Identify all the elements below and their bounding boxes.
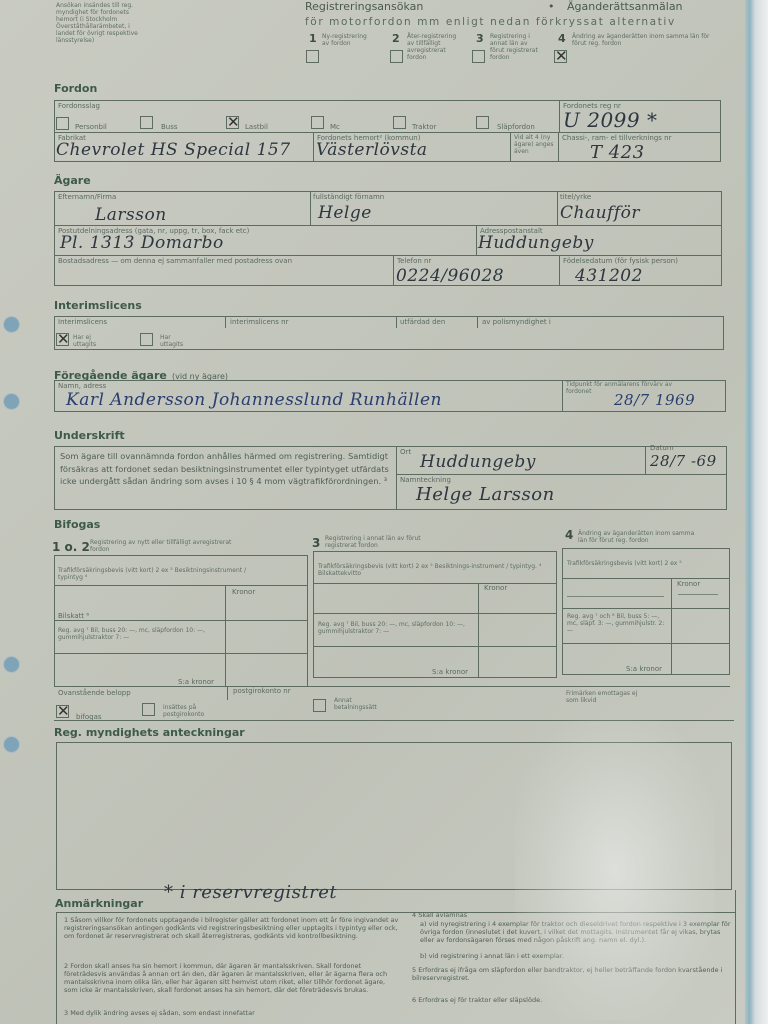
- telefon-field[interactable]: 0224/96028: [396, 266, 504, 286]
- fabrikat-field[interactable]: Chevrolet HS Special 157: [56, 140, 291, 160]
- interimslicens-nr-label: interimslicens nr: [230, 318, 288, 326]
- section-title-bifogas: Bifogas: [54, 518, 100, 531]
- chassi-field[interactable]: T 423: [590, 142, 645, 163]
- fodelsedatum-field[interactable]: 431202: [575, 266, 643, 286]
- fodelsedatum-label: Födelsedatum (för fysisk person): [563, 257, 678, 265]
- ort-field[interactable]: Huddungeby: [420, 452, 536, 472]
- reg-anteckningar-box: [56, 742, 732, 890]
- efternamn-label: Efternamn/Firma: [58, 193, 116, 201]
- title-separator: •: [548, 0, 555, 13]
- section-title-underskrift: Underskrift: [54, 429, 125, 442]
- col4-summa-label: S:a kronor: [626, 665, 662, 673]
- efternamn-field[interactable]: Larsson: [95, 205, 167, 225]
- binder-hole: [3, 316, 20, 333]
- postgirokonto-label: postgirokonto nr: [233, 687, 291, 695]
- tidpunkt-field[interactable]: 28/7 1969: [614, 391, 695, 409]
- reg-nr-field[interactable]: U 2099 *: [563, 108, 657, 132]
- section-title-anmarkningar: Anmärkningar: [55, 897, 143, 910]
- namn-adress-label: Namn, adress: [58, 382, 106, 390]
- col1-bilskatt-label: Bilskatt ⁶: [58, 612, 89, 620]
- col1-kronor-label: Kronor: [232, 588, 255, 596]
- col4-reg-avg-label: Reg. avg ⁷ och ⁸ Bil, buss 5: —, mc, slä…: [567, 613, 671, 634]
- postadress-field[interactable]: Pl. 1313 Domarbo: [60, 233, 224, 253]
- frimarken-note: Frimärken emottagas ej som likvid: [566, 690, 646, 704]
- slapfordon-checkbox[interactable]: [476, 116, 489, 129]
- bifogas-col1-docs: Trafikförsäkringsbevis (vitt kort) 2 ex …: [58, 567, 258, 581]
- vid-alt4-note: Vid alt 4 (ny ägare) anges även: [514, 134, 556, 155]
- bostadsadress-label: Bostadsadress — om denna ej sammanfaller…: [58, 257, 292, 265]
- form-subtitle: för motorfordon mm enligt nedan förkryss…: [305, 16, 676, 28]
- fornamn-label: fullständigt förnamn: [313, 193, 384, 201]
- telefon-label: Telefon nr: [397, 257, 431, 265]
- col3-reg-avg-label: Reg. avg ⁷ Bil, buss 20: —, mc, släpford…: [318, 621, 478, 635]
- bifogas-col3-docs: Trafikförsäkringsbevis (vitt kort) 2 ex …: [318, 563, 548, 577]
- binder-hole: [3, 656, 20, 673]
- title-registreringsansokan: Registreringsansökan: [305, 0, 423, 13]
- har-ej-uttagits-checkbox[interactable]: [56, 333, 69, 346]
- col3-summa-label: S:a kronor: [432, 668, 468, 676]
- bifogas-col1-title: Registrering av nytt eller tillfälligt a…: [90, 539, 240, 553]
- section-title-fordon: Fordon: [54, 82, 97, 95]
- declaration-text: Som ägare till ovannämnda fordon anhålle…: [60, 450, 390, 488]
- ovanstaende-belopp-label: Ovanstående belopp: [58, 689, 131, 697]
- utfardad-label: utfärdad den: [400, 318, 445, 326]
- har-uttagits-checkbox[interactable]: [140, 333, 153, 346]
- titel-label: titel/yrke: [560, 193, 591, 201]
- bifogas-col3-number: 3: [312, 536, 320, 550]
- fornamn-field[interactable]: Helge: [318, 203, 372, 223]
- binder-hole: [3, 736, 20, 753]
- mc-checkbox[interactable]: [311, 116, 324, 129]
- titel-field[interactable]: Chaufför: [560, 203, 640, 223]
- col1-reg-avg-kronor-field[interactable]: [228, 622, 304, 650]
- col3-kronor-label: Kronor: [484, 584, 507, 592]
- postanstalt-field[interactable]: Huddungeby: [478, 233, 594, 253]
- title-aganderattsanmalan: Äganderättsanmälan: [567, 0, 683, 13]
- annat-checkbox[interactable]: [313, 699, 326, 712]
- bifogas-checkbox[interactable]: [56, 705, 69, 718]
- datum-label: Datum: [650, 444, 674, 452]
- ort-label: Ort: [400, 448, 411, 456]
- col1-summa-label: S:a kronor: [178, 678, 214, 686]
- submission-instructions: Ansökan insändes till reg. myndighet för…: [56, 2, 138, 44]
- col1-reg-avg-label: Reg. avg ⁷ Bil, buss 20: —, mc, släpford…: [58, 627, 218, 641]
- binder-sleeve-edge: [745, 0, 768, 1024]
- bifogas-col4-docs: Trafikförsäkringsbevis (vitt kort) 2 ex …: [567, 560, 697, 567]
- traktor-checkbox[interactable]: [393, 116, 406, 129]
- bifogas-col3-title: Registrering i annat län av förut regist…: [325, 535, 445, 549]
- chassi-label: Chassi-, ram- el tillverknings nr: [562, 134, 671, 142]
- lastbil-checkbox[interactable]: [226, 116, 239, 129]
- bifogas-col4-number: 4: [565, 528, 573, 542]
- personbil-checkbox[interactable]: [56, 117, 69, 130]
- polismyndighet-label: av polismyndighet i: [482, 318, 551, 326]
- registration-form-sheet: Ansökan insändes till reg. myndighet för…: [0, 0, 745, 1024]
- foregaende-namn-field[interactable]: Karl Andersson Johannesslund Runhällen: [66, 390, 442, 410]
- fordonsslag-label: Fordonsslag: [58, 102, 100, 110]
- interimslicens-box: [54, 316, 724, 350]
- namnteckning-label: Namnteckning: [400, 476, 451, 484]
- signature-field[interactable]: Helge Larsson: [416, 484, 555, 505]
- bifogas-col1-number: 1 o. 2: [52, 540, 90, 554]
- col4-kronor-label: Kronor: [677, 580, 700, 588]
- postgiro-checkbox[interactable]: [142, 703, 155, 716]
- anmarkningar-handwritten-note: * i reservregistret: [164, 882, 337, 903]
- option-3-checkbox[interactable]: [472, 50, 485, 63]
- datum-field[interactable]: 28/7 -69: [650, 452, 717, 470]
- option-2-checkbox[interactable]: [390, 50, 403, 63]
- binder-hole: [3, 393, 20, 410]
- hemort-field[interactable]: Västerlövsta: [316, 140, 428, 160]
- option-1-checkbox[interactable]: [306, 50, 319, 63]
- bifogas-col4-box: [562, 548, 730, 675]
- option-4-checkbox[interactable]: [554, 50, 567, 63]
- section-title-reg-anteckningar: Reg. myndighets anteckningar: [54, 726, 245, 739]
- interimslicens-label: Interimslicens: [58, 318, 107, 326]
- section-title-interimslicens: Interimslicens: [54, 299, 142, 312]
- section-title-agare: Ägare: [54, 174, 91, 187]
- bifogas-col4-title: Ändring av äganderätten inom samma län f…: [578, 530, 698, 544]
- buss-checkbox[interactable]: [140, 116, 153, 129]
